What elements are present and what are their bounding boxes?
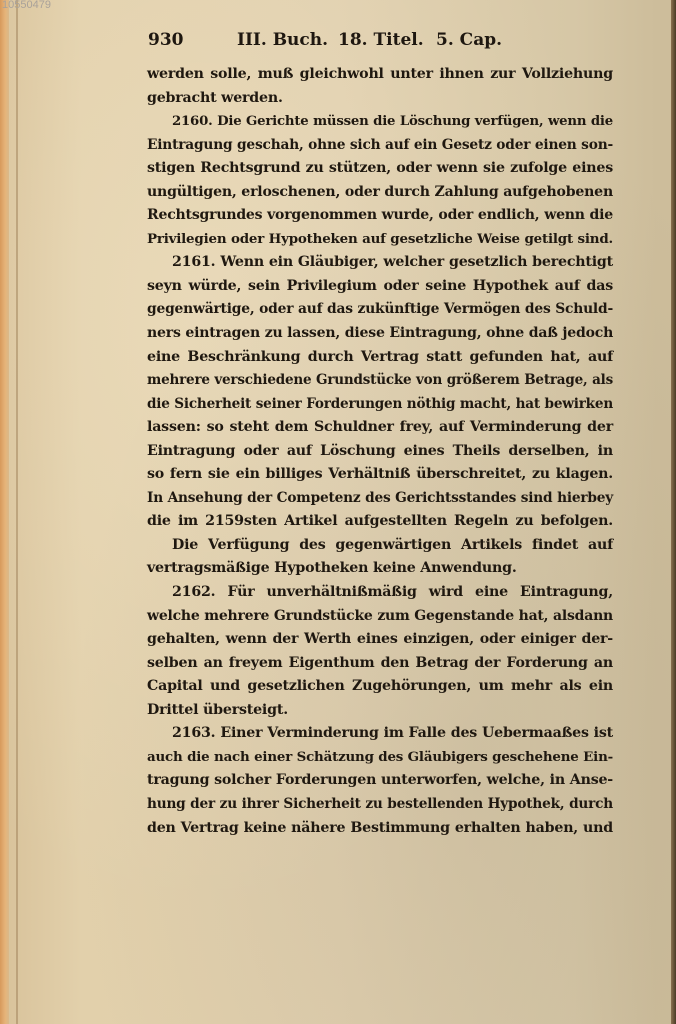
- text-line: die Sicherheit seiner Forderungen nöthig…: [147, 393, 613, 417]
- text-line: 2163. Einer Verminderung im Falle des Ue…: [147, 722, 613, 746]
- text-line: welche mehrere Grundstücke zum Gegenstan…: [147, 605, 613, 629]
- text-line: gehalten, wenn der Werth eines einzigen,…: [147, 628, 613, 652]
- text-line: so fern sie ein billiges Verhältniß über…: [147, 463, 613, 487]
- text-line: ners eintragen zu lassen, diese Eintragu…: [147, 322, 613, 346]
- text-line: 2160. Die Gerichte müssen die Löschung v…: [147, 110, 613, 134]
- text-line: die im 2159sten Artikel aufgestellten Re…: [147, 510, 613, 534]
- text-line: seyn würde, sein Privilegium oder seine …: [147, 275, 613, 299]
- text-line: In Ansehung der Competenz des Gerichtsst…: [147, 487, 613, 511]
- text-line: werden solle, muß gleichwohl unter ihnen…: [147, 63, 613, 87]
- text-line: tragung solcher Forderungen unterworfen,…: [147, 769, 613, 793]
- book-page: 10550479 930 III. Buch. 18. Titel. 5. Ca…: [0, 0, 676, 1024]
- running-header: 930 III. Buch. 18. Titel. 5. Cap.: [148, 30, 528, 54]
- text-line: Rechtsgrundes vorgenommen wurde, oder en…: [147, 204, 613, 228]
- page-number: 930: [148, 30, 184, 50]
- text-line: vertragsmäßige Hypotheken keine Anwendun…: [147, 557, 613, 581]
- text-line: den Vertrag keine nähere Bestimmung erha…: [147, 817, 613, 841]
- text-line: Capital und gesetzlichen Zugehörungen, u…: [147, 675, 613, 699]
- text-line: 2161. Wenn ein Gläubiger, welcher gesetz…: [147, 251, 613, 275]
- text-line: auch die nach einer Schätzung des Gläubi…: [147, 746, 613, 770]
- text-line: eine Beschränkung durch Vertrag statt ge…: [147, 346, 613, 370]
- header-chapter: 5. Cap.: [436, 30, 502, 50]
- text-line: Eintragung oder auf Löschung eines Theil…: [147, 440, 613, 464]
- text-line: Eintragung geschah, ohne sich auf ein Ge…: [147, 134, 613, 158]
- text-line: hung der zu ihrer Sicherheit zu bestelle…: [147, 793, 613, 817]
- text-line: mehrere verschiedene Grundstücke von grö…: [147, 369, 613, 393]
- header-book: III. Buch.: [237, 30, 328, 50]
- text-line: ungültigen, erloschenen, oder durch Zahl…: [147, 181, 613, 205]
- text-line: 2162. Für unverhältnißmäßig wird eine Ei…: [147, 581, 613, 605]
- text-line: selben an freyem Eigenthum den Betrag de…: [147, 652, 613, 676]
- gutter-fold-line: [16, 0, 18, 1024]
- text-line: gebracht werden.: [147, 87, 613, 111]
- body-text: werden solle, muß gleichwohl unter ihnen…: [147, 63, 613, 840]
- page-gutter-edge: [0, 0, 9, 1024]
- scan-identifier: 10550479: [2, 0, 51, 11]
- text-line: Privilegien oder Hypotheken auf gesetzli…: [147, 228, 613, 252]
- header-title: 18. Titel.: [338, 30, 424, 50]
- text-line: Die Verfügung des gegenwärtigen Artikels…: [147, 534, 613, 558]
- text-line: gegenwärtige, oder auf das zukünftige Ve…: [147, 298, 613, 322]
- page-right-edge: [671, 0, 676, 1024]
- text-line: lassen: so steht dem Schuldner frey, auf…: [147, 416, 613, 440]
- text-line: Drittel übersteigt.: [147, 699, 613, 723]
- text-line: stigen Rechtsgrund zu stützen, oder wenn…: [147, 157, 613, 181]
